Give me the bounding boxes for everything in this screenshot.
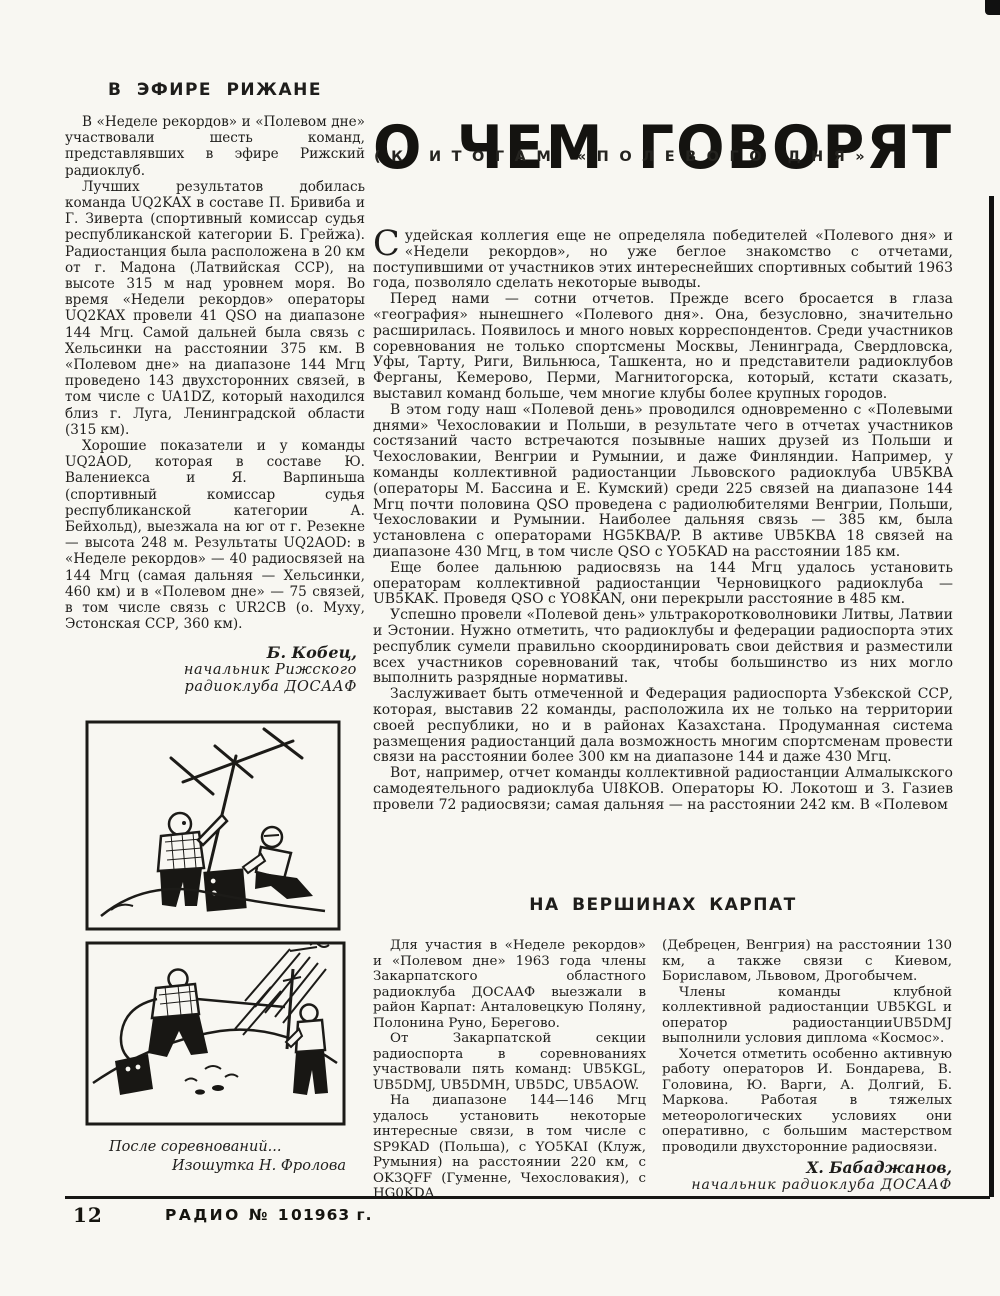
scan-edge-line: [989, 196, 994, 1197]
main-subtitle: (К ИТОГАМ «ПОЛЕВОГО ДНЯ»: [374, 149, 949, 165]
signature-author: Х. Бабаджанов,: [662, 1158, 952, 1177]
main-article-paragraph: Судейская коллегия еще не определяла поб…: [373, 229, 953, 292]
karpaty-paragraph: От Закарпатской секции радиоспорта в сор…: [373, 1031, 646, 1093]
cartoon-antenna-setup-illustration: [85, 720, 341, 931]
main-article-paragraph: Успешно провели «Полевой день» ультракор…: [373, 608, 953, 687]
caption-credit: Изошутка Н. Фролова: [95, 1157, 350, 1176]
karpaty-signature: Х. Бабаджанов, начальник радиоклуба ДОСА…: [662, 1158, 952, 1194]
page-footer: 12 РАДИО № 10 1963 г.: [65, 1203, 990, 1229]
karpaty-paragraph: Хочется отметить особенно активную работ…: [662, 1047, 952, 1156]
main-article-body: Судейская коллегия еще не определяла поб…: [373, 229, 953, 813]
magazine-year: 1963 г.: [303, 1206, 373, 1224]
main-article-paragraph: Заслуживает быть отмеченной и Федерация …: [373, 687, 953, 766]
main-article-paragraph: Вот, например, отчет команды коллективно…: [373, 766, 953, 813]
main-article-paragraph: В этом году наш «Полевой день» проводилс…: [373, 403, 953, 561]
karpaty-column-1: Для участия в «Неделе рекордов» и «Полев…: [373, 938, 646, 1202]
main-article-paragraph: Еще более дальнюю радиосвязь на 144 Мгц …: [373, 561, 953, 608]
left-article-title: В ЭФИРЕ РИЖАНЕ: [65, 80, 365, 100]
left-article: В ЭФИРЕ РИЖАНЕ В «Неделе рекордов» и «По…: [65, 80, 365, 633]
karpaty-column-2: (Дебрецен, Венгрия) на расстоянии 130 км…: [662, 938, 952, 1194]
signature-role: радиоклуба ДОСААФ: [65, 679, 357, 696]
left-article-paragraph: Хорошие показатели и у команды UQ2AOD, к…: [65, 438, 365, 632]
scan-edge-mark: [985, 0, 1000, 15]
karpaty-paragraph: На диапазоне 144—146 Мгц удалось установ…: [373, 1093, 646, 1202]
left-article-paragraph: Лучших результатов добилась команда UQ2K…: [65, 179, 365, 438]
magazine-page: В ЭФИРЕ РИЖАНЕ В «Неделе рекордов» и «По…: [0, 0, 1000, 1296]
magazine-issue: РАДИО № 10: [165, 1206, 304, 1224]
caption-line: После соревнований...: [95, 1138, 350, 1157]
page-number: 12: [73, 1203, 103, 1227]
karpaty-article-title: НА ВЕРШИНАХ КАРПАТ: [373, 895, 953, 915]
left-article-paragraph: В «Неделе рекордов» и «Полевом дне» учас…: [65, 114, 365, 179]
karpaty-paragraph: (Дебрецен, Венгрия) на расстоянии 130 км…: [662, 938, 952, 985]
karpaty-paragraph: Члены команды клубной коллективной радио…: [662, 985, 952, 1047]
cartoon-after-competition-illustration: [85, 941, 346, 1126]
footer-rule: [65, 1196, 990, 1199]
karpaty-paragraph: Для участия в «Неделе рекордов» и «Полев…: [373, 938, 646, 1031]
signature-author: Б. Кобец,: [65, 643, 357, 662]
left-article-signature: Б. Кобец, начальник Рижского радиоклуба …: [65, 643, 357, 696]
signature-role: начальник Рижского: [65, 662, 357, 679]
signature-role: начальник радиоклуба ДОСААФ: [662, 1177, 952, 1194]
cartoon-caption: После соревнований... Изошутка Н. Фролов…: [95, 1138, 350, 1176]
main-article-paragraph: Перед нами — сотни отчетов. Прежде всего…: [373, 292, 953, 403]
